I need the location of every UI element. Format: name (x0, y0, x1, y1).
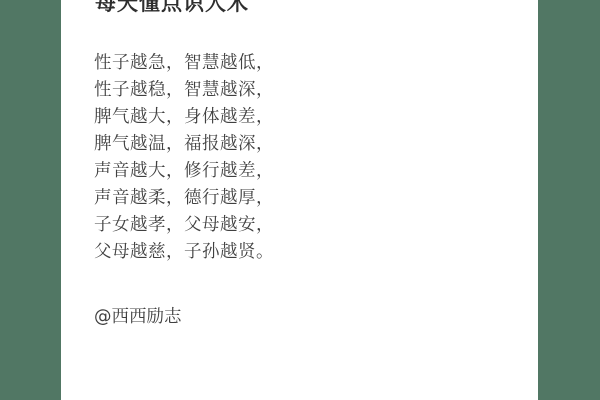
article-title: 每天懂点识人术 (95, 0, 249, 17)
page-frame: 每天懂点识人术 性子越急，智慧越低， 性子越稳，智慧越深， 脾气越大，身体越差，… (0, 0, 600, 400)
author-signature: @西西励志 (94, 303, 182, 328)
poem-line: 声音越大，修行越差， (94, 158, 274, 185)
poem-line: 父母越慈，子孙越贤。 (94, 239, 274, 266)
poem-body: 性子越急，智慧越低， 性子越稳，智慧越深， 脾气越大，身体越差， 脾气越温，福报… (94, 50, 274, 266)
poem-line: 子女越孝，父母越安， (94, 212, 274, 239)
article-card: 每天懂点识人术 性子越急，智慧越低， 性子越稳，智慧越深， 脾气越大，身体越差，… (61, 0, 538, 400)
poem-line: 脾气越大，身体越差， (94, 104, 274, 131)
poem-line: 性子越稳，智慧越深， (94, 77, 274, 104)
poem-line: 声音越柔，德行越厚， (94, 185, 274, 212)
poem-line: 性子越急，智慧越低， (94, 50, 274, 77)
poem-line: 脾气越温，福报越深， (94, 131, 274, 158)
